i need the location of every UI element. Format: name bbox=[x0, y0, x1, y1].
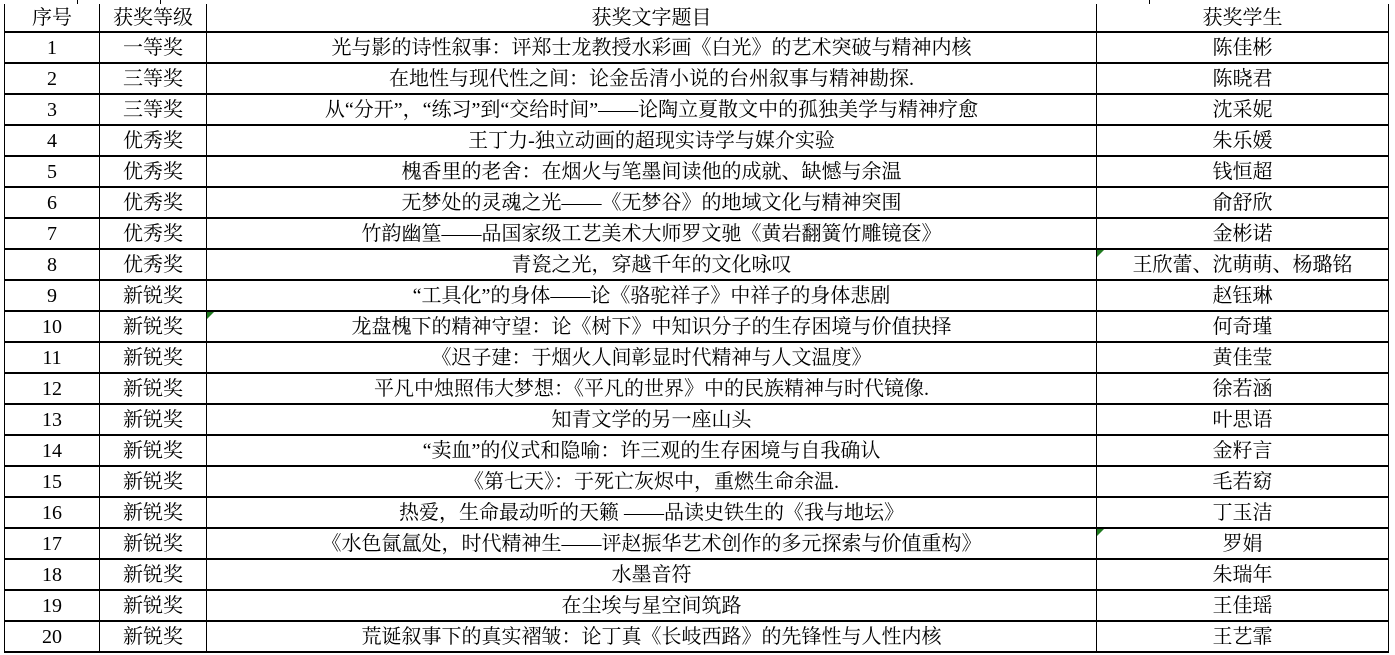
cell-award-title[interactable]: 光与影的诗性叙事：评郑士龙教授水彩画《白光》的艺术突破与精神内核 bbox=[207, 33, 1097, 62]
cell-award-level[interactable]: 新锐奖 bbox=[100, 405, 207, 434]
table-row: 3三等奖从“分开”，“练习”到“交给时间”——论陶立夏散文中的孤独美学与精神疗愈… bbox=[5, 95, 1389, 126]
table-header-row: 序号 获奖等级 获奖文字题目 获奖学生 bbox=[5, 4, 1389, 33]
header-cell-award-level[interactable]: 获奖等级 bbox=[100, 4, 207, 31]
cell-award-title[interactable]: 从“分开”，“练习”到“交给时间”——论陶立夏散文中的孤独美学与精神疗愈 bbox=[207, 95, 1097, 124]
cell-award-title[interactable]: 《迟子建：于烟火人间彰显时代精神与人文温度》 bbox=[207, 343, 1097, 372]
table-row: 11新锐奖《迟子建：于烟火人间彰显时代精神与人文温度》黄佳莹 bbox=[5, 343, 1389, 374]
award-table: 序号 获奖等级 获奖文字题目 获奖学生 1一等奖光与影的诗性叙事：评郑士龙教授水… bbox=[4, 4, 1389, 653]
cell-award-level[interactable]: 新锐奖 bbox=[100, 281, 207, 310]
cell-award-student[interactable]: 王佳瑶 bbox=[1097, 591, 1389, 620]
header-cell-award-student[interactable]: 获奖学生 bbox=[1097, 4, 1389, 31]
comment-flag-icon bbox=[1097, 529, 1104, 536]
cell-award-title[interactable]: 青瓷之光，穿越千年的文化咏叹 bbox=[207, 250, 1097, 279]
header-cell-award-title[interactable]: 获奖文字题目 bbox=[207, 4, 1097, 31]
cell-award-level[interactable]: 优秀奖 bbox=[100, 157, 207, 186]
cell-award-title[interactable]: 《水色氤氲处，时代精神生——评赵振华艺术创作的多元探索与价值重构》 bbox=[207, 529, 1097, 558]
table-row: 19新锐奖在尘埃与星空间筑路王佳瑶 bbox=[5, 591, 1389, 622]
table-row: 16新锐奖热爱，生命最动听的天籁 ——品读史铁生的《我与地坛》丁玉洁 bbox=[5, 498, 1389, 529]
cell-award-title[interactable]: 无梦处的灵魂之光——《无梦谷》的地域文化与精神突围 bbox=[207, 188, 1097, 217]
table-row: 8优秀奖青瓷之光，穿越千年的文化咏叹王欣蕾、沈萌萌、杨璐铭 bbox=[5, 250, 1389, 281]
comment-flag-icon bbox=[207, 312, 214, 319]
cell-index[interactable]: 14 bbox=[5, 436, 100, 465]
comment-flag-icon bbox=[1097, 250, 1104, 257]
cell-award-student[interactable]: 罗娟 bbox=[1097, 529, 1389, 558]
cell-award-student[interactable]: 朱乐媛 bbox=[1097, 126, 1389, 155]
table-row: 17新锐奖《水色氤氲处，时代精神生——评赵振华艺术创作的多元探索与价值重构》罗娟 bbox=[5, 529, 1389, 560]
table-row: 4优秀奖王丁力-独立动画的超现实诗学与媒介实验朱乐媛 bbox=[5, 126, 1389, 157]
cell-award-level[interactable]: 优秀奖 bbox=[100, 219, 207, 248]
cell-index[interactable]: 5 bbox=[5, 157, 100, 186]
cell-award-student[interactable]: 丁玉洁 bbox=[1097, 498, 1389, 527]
cell-award-title[interactable]: 在地性与现代性之间：论金岳清小说的台州叙事与精神勘探. bbox=[207, 64, 1097, 93]
cell-award-level[interactable]: 优秀奖 bbox=[100, 188, 207, 217]
cell-index[interactable]: 1 bbox=[5, 33, 100, 62]
cell-index[interactable]: 12 bbox=[5, 374, 100, 403]
cell-award-level[interactable]: 新锐奖 bbox=[100, 467, 207, 496]
cell-award-title[interactable]: 热爱，生命最动听的天籁 ——品读史铁生的《我与地坛》 bbox=[207, 498, 1097, 527]
table-body: 1一等奖光与影的诗性叙事：评郑士龙教授水彩画《白光》的艺术突破与精神内核陈佳彬2… bbox=[5, 33, 1389, 653]
cell-award-level[interactable]: 一等奖 bbox=[100, 33, 207, 62]
cell-index[interactable]: 3 bbox=[5, 95, 100, 124]
cell-award-title[interactable]: “卖血”的仪式和隐喻：许三观的生存困境与自我确认 bbox=[207, 436, 1097, 465]
cell-award-level[interactable]: 优秀奖 bbox=[100, 250, 207, 279]
cell-index[interactable]: 16 bbox=[5, 498, 100, 527]
cell-index[interactable]: 20 bbox=[5, 622, 100, 651]
table-row: 13新锐奖知青文学的另一座山头叶思语 bbox=[5, 405, 1389, 436]
cell-award-student[interactable]: 徐若涵 bbox=[1097, 374, 1389, 403]
cell-award-level[interactable]: 新锐奖 bbox=[100, 498, 207, 527]
cell-index[interactable]: 7 bbox=[5, 219, 100, 248]
cell-award-level[interactable]: 新锐奖 bbox=[100, 529, 207, 558]
cell-award-title[interactable]: 龙盘槐下的精神守望：论《树下》中知识分子的生存困境与价值抉择 bbox=[207, 312, 1097, 341]
cell-index[interactable]: 13 bbox=[5, 405, 100, 434]
cell-index[interactable]: 9 bbox=[5, 281, 100, 310]
cell-index[interactable]: 11 bbox=[5, 343, 100, 372]
header-cell-index[interactable]: 序号 bbox=[5, 4, 100, 31]
cell-award-title[interactable]: 在尘埃与星空间筑路 bbox=[207, 591, 1097, 620]
table-row: 1一等奖光与影的诗性叙事：评郑士龙教授水彩画《白光》的艺术突破与精神内核陈佳彬 bbox=[5, 33, 1389, 64]
cell-award-student[interactable]: 俞舒欣 bbox=[1097, 188, 1389, 217]
cell-award-level[interactable]: 新锐奖 bbox=[100, 312, 207, 341]
cell-award-title[interactable]: 槐香里的老舍：在烟火与笔墨间读他的成就、缺憾与余温 bbox=[207, 157, 1097, 186]
cell-award-level[interactable]: 新锐奖 bbox=[100, 436, 207, 465]
cell-award-level[interactable]: 新锐奖 bbox=[100, 343, 207, 372]
table-row: 14新锐奖“卖血”的仪式和隐喻：许三观的生存困境与自我确认金籽言 bbox=[5, 436, 1389, 467]
cell-award-level[interactable]: 三等奖 bbox=[100, 95, 207, 124]
table-row: 10新锐奖龙盘槐下的精神守望：论《树下》中知识分子的生存困境与价值抉择何奇瑾 bbox=[5, 312, 1389, 343]
table-row: 2三等奖在地性与现代性之间：论金岳清小说的台州叙事与精神勘探.陈晓君 bbox=[5, 64, 1389, 95]
table-row: 6优秀奖无梦处的灵魂之光——《无梦谷》的地域文化与精神突围俞舒欣 bbox=[5, 188, 1389, 219]
cell-award-title[interactable]: 平凡中烛照伟大梦想：《平凡的世界》中的民族精神与时代镜像. bbox=[207, 374, 1097, 403]
cell-award-student[interactable]: 陈晓君 bbox=[1097, 64, 1389, 93]
cell-award-title[interactable]: 荒诞叙事下的真实褶皱：论丁真《长岐西路》的先锋性与人性内核 bbox=[207, 622, 1097, 651]
cell-award-student[interactable]: 黄佳莹 bbox=[1097, 343, 1389, 372]
table-row: 5优秀奖槐香里的老舍：在烟火与笔墨间读他的成就、缺憾与余温钱恒超 bbox=[5, 157, 1389, 188]
cell-index[interactable]: 6 bbox=[5, 188, 100, 217]
cell-award-title[interactable]: 竹韵幽篁——品国家级工艺美术大师罗文驰《黄岩翻簧竹雕镜奁》 bbox=[207, 219, 1097, 248]
cell-award-title[interactable]: “工具化”的身体——论《骆驼祥子》中祥子的身体悲剧 bbox=[207, 281, 1097, 310]
cell-award-student[interactable]: 赵钰琳 bbox=[1097, 281, 1389, 310]
cell-award-title[interactable]: 水墨音符 bbox=[207, 560, 1097, 589]
cell-award-title[interactable]: 知青文学的另一座山头 bbox=[207, 405, 1097, 434]
cell-award-level[interactable]: 新锐奖 bbox=[100, 560, 207, 589]
cell-award-title[interactable]: 王丁力-独立动画的超现实诗学与媒介实验 bbox=[207, 126, 1097, 155]
cell-award-student[interactable]: 金彬诺 bbox=[1097, 219, 1389, 248]
cell-award-student[interactable]: 朱瑞年 bbox=[1097, 560, 1389, 589]
table-row: 18新锐奖水墨音符朱瑞年 bbox=[5, 560, 1389, 591]
cell-award-student[interactable]: 王欣蕾、沈萌萌、杨璐铭 bbox=[1097, 250, 1389, 279]
cell-index[interactable]: 18 bbox=[5, 560, 100, 589]
cell-award-student[interactable]: 何奇瑾 bbox=[1097, 312, 1389, 341]
cell-award-student[interactable]: 钱恒超 bbox=[1097, 157, 1389, 186]
cell-award-student[interactable]: 叶思语 bbox=[1097, 405, 1389, 434]
cell-award-student[interactable]: 金籽言 bbox=[1097, 436, 1389, 465]
cell-award-student[interactable]: 毛若窈 bbox=[1097, 467, 1389, 496]
cell-index[interactable]: 15 bbox=[5, 467, 100, 496]
cell-award-student[interactable]: 陈佳彬 bbox=[1097, 33, 1389, 62]
table-row: 9新锐奖“工具化”的身体——论《骆驼祥子》中祥子的身体悲剧赵钰琳 bbox=[5, 281, 1389, 312]
table-row: 20新锐奖荒诞叙事下的真实褶皱：论丁真《长岐西路》的先锋性与人性内核王艺霏 bbox=[5, 622, 1389, 653]
cell-index[interactable]: 10 bbox=[5, 312, 100, 341]
table-row: 12新锐奖平凡中烛照伟大梦想：《平凡的世界》中的民族精神与时代镜像.徐若涵 bbox=[5, 374, 1389, 405]
cell-index[interactable]: 17 bbox=[5, 529, 100, 558]
cell-award-student[interactable]: 王艺霏 bbox=[1097, 622, 1389, 651]
table-row: 15新锐奖《第七天》：于死亡灰烬中，重燃生命余温.毛若窈 bbox=[5, 467, 1389, 498]
spreadsheet-area: 序号 获奖等级 获奖文字题目 获奖学生 1一等奖光与影的诗性叙事：评郑士龙教授水… bbox=[0, 0, 1395, 655]
cell-award-level[interactable]: 新锐奖 bbox=[100, 622, 207, 651]
cell-award-title[interactable]: 《第七天》：于死亡灰烬中，重燃生命余温. bbox=[207, 467, 1097, 496]
cell-award-level[interactable]: 三等奖 bbox=[100, 64, 207, 93]
cell-index[interactable]: 8 bbox=[5, 250, 100, 279]
cell-award-level[interactable]: 新锐奖 bbox=[100, 374, 207, 403]
cell-award-student[interactable]: 沈采妮 bbox=[1097, 95, 1389, 124]
cell-index[interactable]: 2 bbox=[5, 64, 100, 93]
table-row: 7优秀奖竹韵幽篁——品国家级工艺美术大师罗文驰《黄岩翻簧竹雕镜奁》金彬诺 bbox=[5, 219, 1389, 250]
cell-index[interactable]: 19 bbox=[5, 591, 100, 620]
cell-index[interactable]: 4 bbox=[5, 126, 100, 155]
cell-award-level[interactable]: 优秀奖 bbox=[100, 126, 207, 155]
cell-award-level[interactable]: 新锐奖 bbox=[100, 591, 207, 620]
